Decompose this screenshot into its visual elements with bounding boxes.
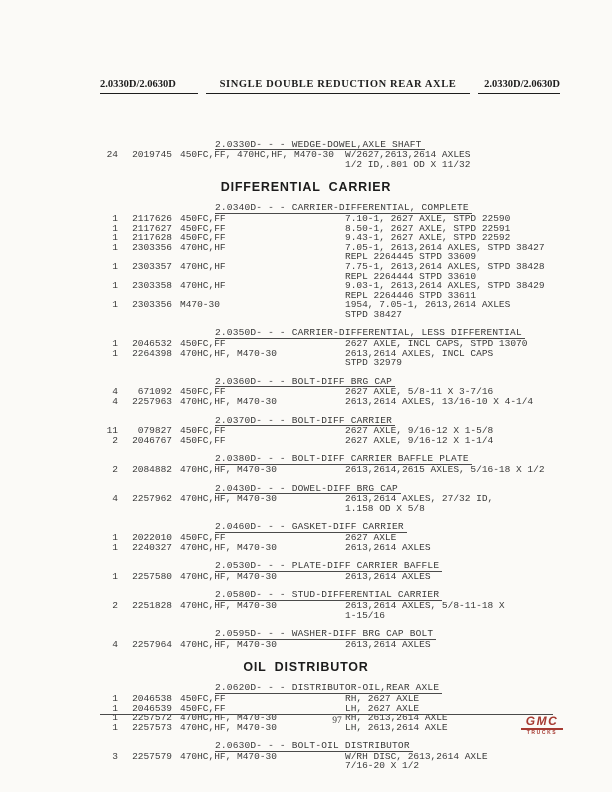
page-number: 97 xyxy=(322,716,352,726)
qty-cell: 4 xyxy=(100,640,118,650)
qty-cell: 1 xyxy=(100,281,118,300)
part-number-cell: 2264398 xyxy=(118,349,172,368)
qty-cell: 4 xyxy=(100,494,118,513)
description-line: STPD 32979 xyxy=(345,358,560,368)
models-cell: 470HC,HF, M470-30 xyxy=(172,465,345,475)
models-cell: 450FC,FF, 470HC,HF, M470-30 xyxy=(172,150,345,169)
description-line: STPD 38427 xyxy=(345,310,560,320)
parts-group: 2.0360D- - - BOLT-DIFF BRG CAP4671092450… xyxy=(100,377,560,407)
description-line: 1/2 ID,.801 OD X 11/32 xyxy=(345,160,560,170)
qty-cell: 1 xyxy=(100,349,118,368)
qty-cell: 2 xyxy=(100,601,118,620)
part-number-cell: 2019745 xyxy=(118,150,172,169)
models-cell: 470HC,HF, M470-30 xyxy=(172,601,345,620)
description-cell: 2613,2614 AXLES, 27/32 ID,1.158 OD X 5/8 xyxy=(345,494,560,513)
gmc-trucks-label: TRUCKS xyxy=(521,730,563,737)
part-number-cell: 2257579 xyxy=(118,752,172,771)
description-cell: W/2627,2613,2614 AXLES1/2 ID,.801 OD X 1… xyxy=(345,150,560,169)
description-cell: 2613,2614,2615 AXLES, 5/16-18 X 1/2 xyxy=(345,465,560,475)
parts-group: 2.0350D- - - CARRIER-DIFFERENTIAL, LESS … xyxy=(100,328,560,367)
models-cell: 470HC,HF, M470-30 xyxy=(172,494,345,513)
part-row: 12303357470HC,HF7.75-1, 2613,2614 AXLES,… xyxy=(100,262,560,281)
catalog-page: 2.0330D/2.0630D SINGLE DOUBLE REDUCTION … xyxy=(0,0,612,792)
qty-cell: 1 xyxy=(100,543,118,553)
header-right-code: 2.0330D/2.0630D xyxy=(478,79,560,94)
models-cell: 450FC,FF xyxy=(172,436,345,446)
qty-cell: 24 xyxy=(100,150,118,169)
description-cell: 9.03-1, 2613,2614 AXLES, STPD 38429REPL … xyxy=(345,281,560,300)
section-title: OIL DISTRIBUTOR xyxy=(100,660,512,674)
description-line: 2613,2614 AXLES xyxy=(345,640,560,650)
running-header: 2.0330D/2.0630D SINGLE DOUBLE REDUCTION … xyxy=(100,79,560,94)
models-cell: 470HC,HF, M470-30 xyxy=(172,543,345,553)
qty-cell: 1 xyxy=(100,300,118,319)
part-number-cell: 2240327 xyxy=(118,543,172,553)
part-number-cell: 2303356 xyxy=(118,300,172,319)
qty-cell: 1 xyxy=(100,723,118,733)
description-cell: 2613,2614 AXLES, INCL CAPSSTPD 32979 xyxy=(345,349,560,368)
description-line: 1.158 OD X 5/8 xyxy=(345,504,560,514)
part-number-cell: 2257964 xyxy=(118,640,172,650)
part-row: 42257964470HC,HF, M470-302613,2614 AXLES xyxy=(100,640,560,650)
models-cell: 470HC,HF xyxy=(172,262,345,281)
part-row: 22251828470HC,HF, M470-302613,2614 AXLES… xyxy=(100,601,560,620)
part-row: 32257579470HC,HF, M470-30W/RH DISC, 2613… xyxy=(100,752,560,771)
footer-rule xyxy=(100,714,553,715)
parts-group: 2.0430D- - - DOWEL-DIFF BRG CAP422579624… xyxy=(100,484,560,514)
models-cell: 470HC,HF, M470-30 xyxy=(172,752,345,771)
part-row: 22046767450FC,FF2627 AXLE, 9/16-12 X 1-1… xyxy=(100,436,560,446)
description-cell: 2613,2614 AXLES, 13/16-10 X 4-1/4 xyxy=(345,397,560,407)
part-number-cell: 2251828 xyxy=(118,601,172,620)
models-cell: 470HC,HF xyxy=(172,243,345,262)
description-cell: 7.05-1, 2613,2614 AXLES, STPD 38427REPL … xyxy=(345,243,560,262)
part-number-cell: 2303356 xyxy=(118,243,172,262)
description-line: 2613,2614 AXLES, 13/16-10 X 4-1/4 xyxy=(345,397,560,407)
parts-group: 2.0330D- - - WEDGE-DOWEL,AXLE SHAFT24201… xyxy=(100,140,560,170)
parts-group: 2.0460D- - - GASKET-DIFF CARRIER12022010… xyxy=(100,522,560,552)
description-line: 2613,2614 AXLES xyxy=(345,572,560,582)
part-row: 22084882470HC,HF, M470-302613,2614,2615 … xyxy=(100,465,560,475)
qty-cell: 3 xyxy=(100,752,118,771)
qty-cell: 1 xyxy=(100,243,118,262)
description-line: 2613,2614 AXLES xyxy=(345,543,560,553)
part-number-cell: 2084882 xyxy=(118,465,172,475)
page-content: 2.0330D/2.0630D SINGLE DOUBLE REDUCTION … xyxy=(100,50,560,792)
part-row: 42257962470HC,HF, M470-302613,2614 AXLES… xyxy=(100,494,560,513)
catalog-body: 2.0330D- - - WEDGE-DOWEL,AXLE SHAFT24201… xyxy=(100,140,560,772)
part-number-cell: 2303358 xyxy=(118,281,172,300)
part-row: 12303356470HC,HF7.05-1, 2613,2614 AXLES,… xyxy=(100,243,560,262)
part-row: 12240327470HC,HF, M470-302613,2614 AXLES xyxy=(100,543,560,553)
page-title: SINGLE DOUBLE REDUCTION REAR AXLE xyxy=(206,79,471,94)
part-row: 42257963470HC,HF, M470-302613,2614 AXLES… xyxy=(100,397,560,407)
description-cell: W/RH DISC, 2613,2614 AXLE7/16-20 X 1/2 xyxy=(345,752,560,771)
qty-cell: 4 xyxy=(100,397,118,407)
description-cell: 1954, 7.05-1, 2613,2614 AXLESSTPD 38427 xyxy=(345,300,560,319)
models-cell: 470HC,HF, M470-30 xyxy=(172,349,345,368)
parts-group: 2.0370D- - - BOLT-DIFF CARRIER1107982745… xyxy=(100,416,560,446)
models-cell: 470HC,HF xyxy=(172,281,345,300)
part-number-cell: 2303357 xyxy=(118,262,172,281)
part-number-cell: 2257580 xyxy=(118,572,172,582)
description-line: 7/16-20 X 1/2 xyxy=(345,761,560,771)
description-cell: 2613,2614 AXLES, 5/8-11-18 X1-15/16 xyxy=(345,601,560,620)
part-number-cell: 2257963 xyxy=(118,397,172,407)
part-number-cell: 2046767 xyxy=(118,436,172,446)
parts-group: 2.0380D- - - BOLT-DIFF CARRIER BAFFLE PL… xyxy=(100,454,560,474)
models-cell: M470-30 xyxy=(172,300,345,319)
parts-group: 2.0595D- - - WASHER-DIFF BRG CAP BOLT422… xyxy=(100,629,560,649)
header-left-code: 2.0330D/2.0630D xyxy=(100,79,198,94)
qty-cell: 1 xyxy=(100,572,118,582)
description-cell: 2613,2614 AXLES xyxy=(345,572,560,582)
description-cell: 2613,2614 AXLES xyxy=(345,543,560,553)
models-cell: 470HC,HF, M470-30 xyxy=(172,397,345,407)
parts-group: 2.0340D- - - CARRIER-DIFFERENTIAL, COMPL… xyxy=(100,203,560,319)
qty-cell: 2 xyxy=(100,436,118,446)
gmc-logo: GMC TRUCKS xyxy=(521,716,563,737)
models-cell: 470HC,HF, M470-30 xyxy=(172,572,345,582)
models-cell: 470HC,HF, M470-30 xyxy=(172,640,345,650)
description-line: 2627 AXLE, 9/16-12 X 1-1/4 xyxy=(345,436,560,446)
part-row: 12257580470HC,HF, M470-302613,2614 AXLES xyxy=(100,572,560,582)
part-row: 242019745450FC,FF, 470HC,HF, M470-30W/26… xyxy=(100,150,560,169)
parts-group: 2.0530D- - - PLATE-DIFF CARRIER BAFFLE12… xyxy=(100,561,560,581)
part-row: 12264398470HC,HF, M470-302613,2614 AXLES… xyxy=(100,349,560,368)
parts-group: 2.0580D- - - STUD-DIFFERENTIAL CARRIER22… xyxy=(100,590,560,620)
part-row: 12303356M470-301954, 7.05-1, 2613,2614 A… xyxy=(100,300,560,319)
part-number-cell: 2257962 xyxy=(118,494,172,513)
qty-cell: 1 xyxy=(100,262,118,281)
qty-cell: 2 xyxy=(100,465,118,475)
gmc-logo-text: GMC xyxy=(521,716,563,730)
section-title: DIFFERENTIAL CARRIER xyxy=(100,180,512,194)
description-line: 2613,2614,2615 AXLES, 5/16-18 X 1/2 xyxy=(345,465,560,475)
description-cell: 2627 AXLE, 9/16-12 X 1-1/4 xyxy=(345,436,560,446)
description-cell: 2613,2614 AXLES xyxy=(345,640,560,650)
part-row: 12303358470HC,HF9.03-1, 2613,2614 AXLES,… xyxy=(100,281,560,300)
models-cell: 470HC,HF, M470-30 xyxy=(172,723,345,733)
part-number-cell: 2257573 xyxy=(118,723,172,733)
parts-group: 2.0630D- - - BOLT-OIL DISTRIBUTOR3225757… xyxy=(100,741,560,771)
description-cell: 7.75-1, 2613,2614 AXLES, STPD 38428REPL … xyxy=(345,262,560,281)
description-line: 1-15/16 xyxy=(345,611,560,621)
